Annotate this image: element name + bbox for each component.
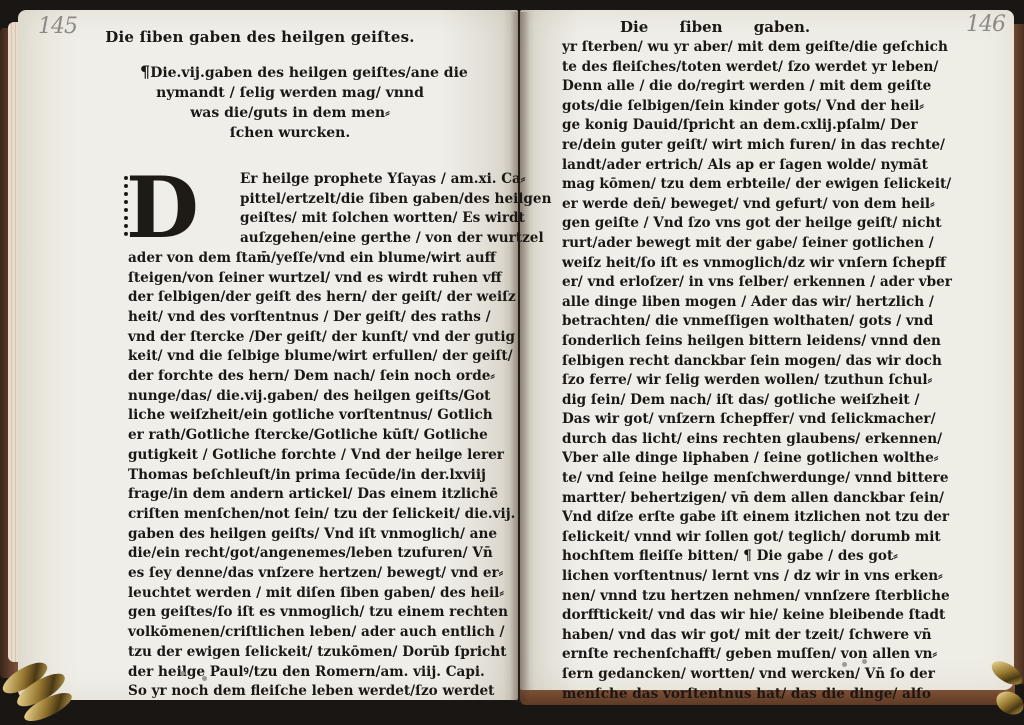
chapter-heading-line-1: ¶Die.vij.gaben des heilgen geiſtes/ane d… <box>140 62 440 83</box>
right-running-head: Die ſiben gaben. <box>620 18 810 36</box>
text-line: gen geiſtes/ſo iſt es vnmoglich/ tzu ein… <box>128 603 551 623</box>
text-line: ſteigen/von ſeiner wurtzel/ vnd es wirdt… <box>128 269 551 289</box>
text-line: Vber alle dinge liphaben / ſeine gotlich… <box>562 449 952 469</box>
text-line: martter/ behertzigen/ vn̄ dem allen danc… <box>562 489 952 509</box>
text-line: criſten menſchen/not ſein/ tzu der ſelic… <box>128 505 551 525</box>
text-line: alle dinge liben mogen / Ader das wir/ h… <box>562 293 952 313</box>
chapter-heading-line-2: nymandt / ſelig werden mag/ vnnd <box>140 83 440 103</box>
text-line: der ſelbigen/der geiſt des hern/ der gei… <box>128 288 551 308</box>
left-running-head: Die ſiben gaben des heilgen geiſtes. <box>0 28 520 46</box>
text-line: haben/ vnd das wir got/ mit der tzeit/ ſ… <box>562 626 952 646</box>
pilcrow-icon: ¶ <box>140 62 150 81</box>
text-line: nunge/das/ die.vij.gaben/ des heilgen ge… <box>128 387 551 407</box>
pinhole-mark <box>202 676 207 681</box>
text-line: heit/ vnd des vorſtentnus / Der geiſt/ d… <box>128 308 551 328</box>
text-line: Vnd diſze erſte gabe iſt einem itzlichen… <box>562 508 952 528</box>
text-line: ſelbigen recht danckbar ſein mogen/ das … <box>562 352 952 372</box>
text-line: ernſte rechenſchafft/ geben muſſen/ von … <box>562 645 952 665</box>
book-photograph: 145 146 Die ſiben gaben des heilgen geiſ… <box>0 0 1024 725</box>
text-line: er/ vnd erloſzer/ in vns ſelber/ erkenne… <box>562 273 952 293</box>
text-line: So yr noch dem fleiſche leben werdet/ſzo… <box>128 682 551 702</box>
text-line: frage/in dem andern artickel/ Das einem … <box>128 485 551 505</box>
text-line: vnd der ſtercke /Der geiſt/ der kunſt/ v… <box>128 328 551 348</box>
text-line: te des fleiſches/toten werdet/ ſzo werde… <box>562 58 952 78</box>
chapter-heading-line-4: ſchen wurcken. <box>140 123 440 143</box>
text-line: menſche das vorſtentnus hat/ das die din… <box>562 685 952 705</box>
text-line: lichen vorſtentnus/ lernt vns / dz wir i… <box>562 567 952 587</box>
brass-clasp-icon <box>994 690 1024 717</box>
text-line: dorfftickeit/ vnd das wir hie/ keine ble… <box>562 606 952 626</box>
text-line: auſzgehen/eine gerthe / von der wurtzel <box>128 229 551 249</box>
text-line: ſern gedancken/ wortten/ vnd wercken/ Vn… <box>562 665 952 685</box>
text-line: volkōmenen/criſtlichen leben/ ader auch … <box>128 623 551 643</box>
text-line: ge konig Dauid/ſpricht an dem.cxlij.pſal… <box>562 116 952 136</box>
text-line: Thomas beſchleuſt/in prima ſecūde/in der… <box>128 466 551 486</box>
pinhole-mark <box>862 659 867 664</box>
text-line: der forchte des hern/ Dem nach/ ſein noc… <box>128 367 551 387</box>
text-line: ſonderlich ſeins heilgen bittern leidens… <box>562 332 952 352</box>
text-line: gaben des heilgen geiſts/ Vnd iſt vnmogl… <box>128 525 551 545</box>
text-line: Das wir got/ vnſzern ſchepffer/ vnd ſeli… <box>562 410 952 430</box>
chapter-heading-line-3: was die/guts in dem men⸗ <box>140 103 440 123</box>
text-line: nen/ vnnd tzu hertzen nehmen/ vnnſzere ſ… <box>562 587 952 607</box>
text-line: durch das licht/ eins rechten glaubens/ … <box>562 430 952 450</box>
right-page-body-text: yr ſterben/ wu yr aber/ mit dem geiſte/d… <box>562 38 952 704</box>
chapter-heading: ¶Die.vij.gaben des heilgen geiſtes/ane d… <box>140 62 440 143</box>
text-line: er werde den̄/ beweget/ vnd gefurt/ von … <box>562 195 952 215</box>
text-line: dig ſein/ Dem nach/ iſt das/ gotliche we… <box>562 391 952 411</box>
text-line: te/ vnd ſeine heilge menſchwerdunge/ vnn… <box>562 469 952 489</box>
text-line: landt/ader ertrich/ Als ap er ſagen wold… <box>562 156 952 176</box>
text-line: der heilge Paulꝰ/tzu den Romern/am. viij… <box>128 663 551 683</box>
pinhole-mark <box>842 662 847 667</box>
text-line: ader von dem ſtam̄/yeſſe/vnd ein blume/w… <box>128 249 551 269</box>
pinhole-mark <box>180 671 185 676</box>
text-line: re/dein guter geiſt/ wirt mich furen/ in… <box>562 136 952 156</box>
text-line: ſzo ferre/ wir ſelig werden wollen/ tzut… <box>562 371 952 391</box>
text-line: es ſey denne/das vnſzere hertzen/ bewegt… <box>128 564 551 584</box>
text-line: hochſtem fleiſſe bitten/ ¶ Die gabe / de… <box>562 547 952 567</box>
text-line: tzu der ewigen ſelickeit/ tzukōmen/ Dorū… <box>128 643 551 663</box>
left-page-body-text: Er heilge prophete Yſayas / am.xi. Ca⸗ p… <box>128 170 551 702</box>
text-line: gots/die ſelbigen/ſein kinder gots/ Vnd … <box>562 97 952 117</box>
text-line: gutigkeit / Gotliche forchte / Vnd der h… <box>128 446 551 466</box>
text-line: Er heilge prophete Yſayas / am.xi. Ca⸗ <box>128 170 551 190</box>
text-line: yr ſterben/ wu yr aber/ mit dem geiſte/d… <box>562 38 952 58</box>
text-line: rurt/ader bewegt mit der gabe/ ſeiner go… <box>562 234 952 254</box>
text-line: gen geiſte / Vnd ſzo vns got der heilge … <box>562 214 952 234</box>
text-line: keit/ vnd die ſelbige blume/wirt erfulle… <box>128 347 551 367</box>
text-line: betrachten/ die vnmeſſigen wolthaten/ go… <box>562 312 952 332</box>
text-line: leuchtet werden / mit diſen ſiben gaben/… <box>128 584 551 604</box>
text-line: er rath/Gotliche ſtercke/Gotliche kūſt/ … <box>128 426 551 446</box>
text-line: geiſtes/ mit ſolchen wortten/ Es wirdt <box>128 209 551 229</box>
text-line: pittel/ertzelt/die ſiben gaben/des heilg… <box>128 190 551 210</box>
right-folio-number: 146 <box>966 12 1005 37</box>
text-line: mag kōmen/ tzu dem erbteile/ der ewigen … <box>562 175 952 195</box>
text-line: die/ein recht/got/angenemes/leben tzufur… <box>128 544 551 564</box>
text-line: weiſz heit/ſo iſt es vnmoglich/dz wir vn… <box>562 254 952 274</box>
text-line: Denn alle / die do/regirt werden / mit d… <box>562 77 952 97</box>
text-line: liche weiſzheit/ein gotliche vorſtentnus… <box>128 406 551 426</box>
text-line: ſelickeit/ vnnd wir ſollen got/ teglich/… <box>562 528 952 548</box>
